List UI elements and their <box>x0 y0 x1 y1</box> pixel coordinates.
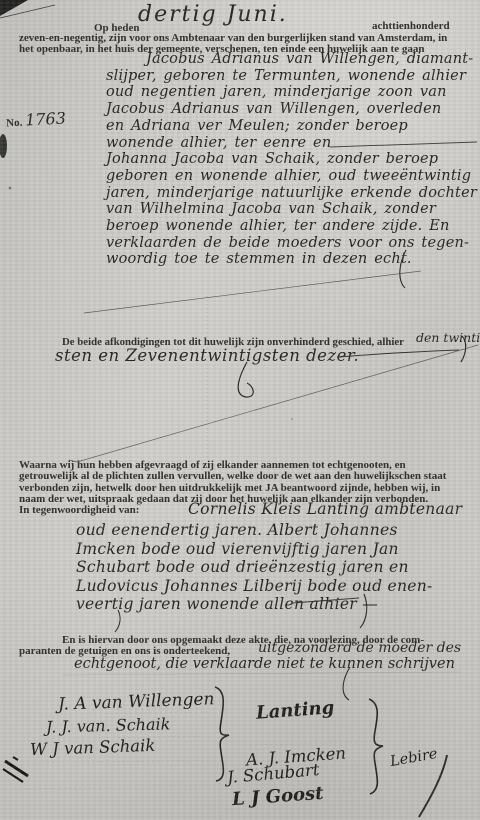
handwritten-line: verklaarden de beide moeders voor ons te… <box>106 235 477 252</box>
handwritten-line: van Wilhelmina Jacoba van Schaik, zonder <box>106 201 477 218</box>
witnesses-line: oud eenendertig jaren. Albert Johannes <box>76 521 398 539</box>
witnesses-line: Imcken bode oud vierenvijftig jaren Jan <box>76 540 399 558</box>
handwritten-date: dertig Juni. <box>138 2 288 27</box>
witnesses-line: Schubart bode oud drieënzestig jaren en <box>76 558 409 576</box>
vows-printed-line: getrouwelijk al de plichten zullen vervu… <box>19 470 446 482</box>
handwritten-line: Johanna Jacoba van Schaik, zonder beroep <box>106 151 477 168</box>
signature-bride: J. J. van. Schaik <box>46 714 171 736</box>
handwritten-line: jaren, minderjarige natuurlijke erkende … <box>106 185 477 202</box>
handwritten-line: Jacobus Adrianus van Willengen, overlede… <box>106 101 477 118</box>
handwritten-line: wonende alhier, ter eenre en <box>106 135 477 152</box>
handwritten-line: geboren en wonende alhier, oud tweeëntwi… <box>106 168 477 185</box>
banns-handwritten-inline: den twintig- <box>416 330 480 345</box>
act-number: No.1763 <box>6 108 67 131</box>
handwritten-line: Jacobus Adrianus van Willengen, diamant- <box>106 51 477 68</box>
act-number-value: 1763 <box>25 108 67 129</box>
witnesses-line: Ludovicus Johannes Lilberij bode oud ene… <box>76 577 433 595</box>
closing-handwritten-line: echtgenoot, die verklaarde niet te kunne… <box>74 656 455 672</box>
act-number-prefix: No. <box>6 117 23 130</box>
handwritten-line: oud negentien jaren, minderjarige zoon v… <box>106 84 477 101</box>
handwritten-line: beroep wonende alhier, ter andere zijde.… <box>106 218 477 235</box>
parties-block: Jacobus Adrianus van Willengen, diamant-… <box>106 51 477 268</box>
corner-artifact <box>0 0 28 16</box>
archival-document-page: dertig Juni. Op heden achttienhonderd ze… <box>0 0 480 820</box>
pen-flourish <box>238 362 253 397</box>
vows-printed-line: In tegenwoordigheid van: <box>19 504 139 516</box>
witnesses-line: veertig jaren wonende allen alhier — <box>76 595 378 613</box>
closing-handwritten-inline: uitgezonderd de moeder des <box>258 640 461 656</box>
printed-year: achttienhonderd <box>372 20 450 32</box>
handwritten-line: slijper, geboren te Termunten, wonende a… <box>106 68 477 85</box>
edge-ink-blot <box>0 134 7 158</box>
handwritten-line: woordig toe te stemmen in dezen echt. <box>106 251 477 268</box>
handwritten-line: en Adriana ver Meulen; zonder beroep <box>106 118 477 135</box>
banns-handwritten-line: sten en Zevenentwintigsten dezer. <box>55 346 359 365</box>
witnesses-line: Cornelis Kleis Lanting ambtenaar <box>188 500 462 518</box>
